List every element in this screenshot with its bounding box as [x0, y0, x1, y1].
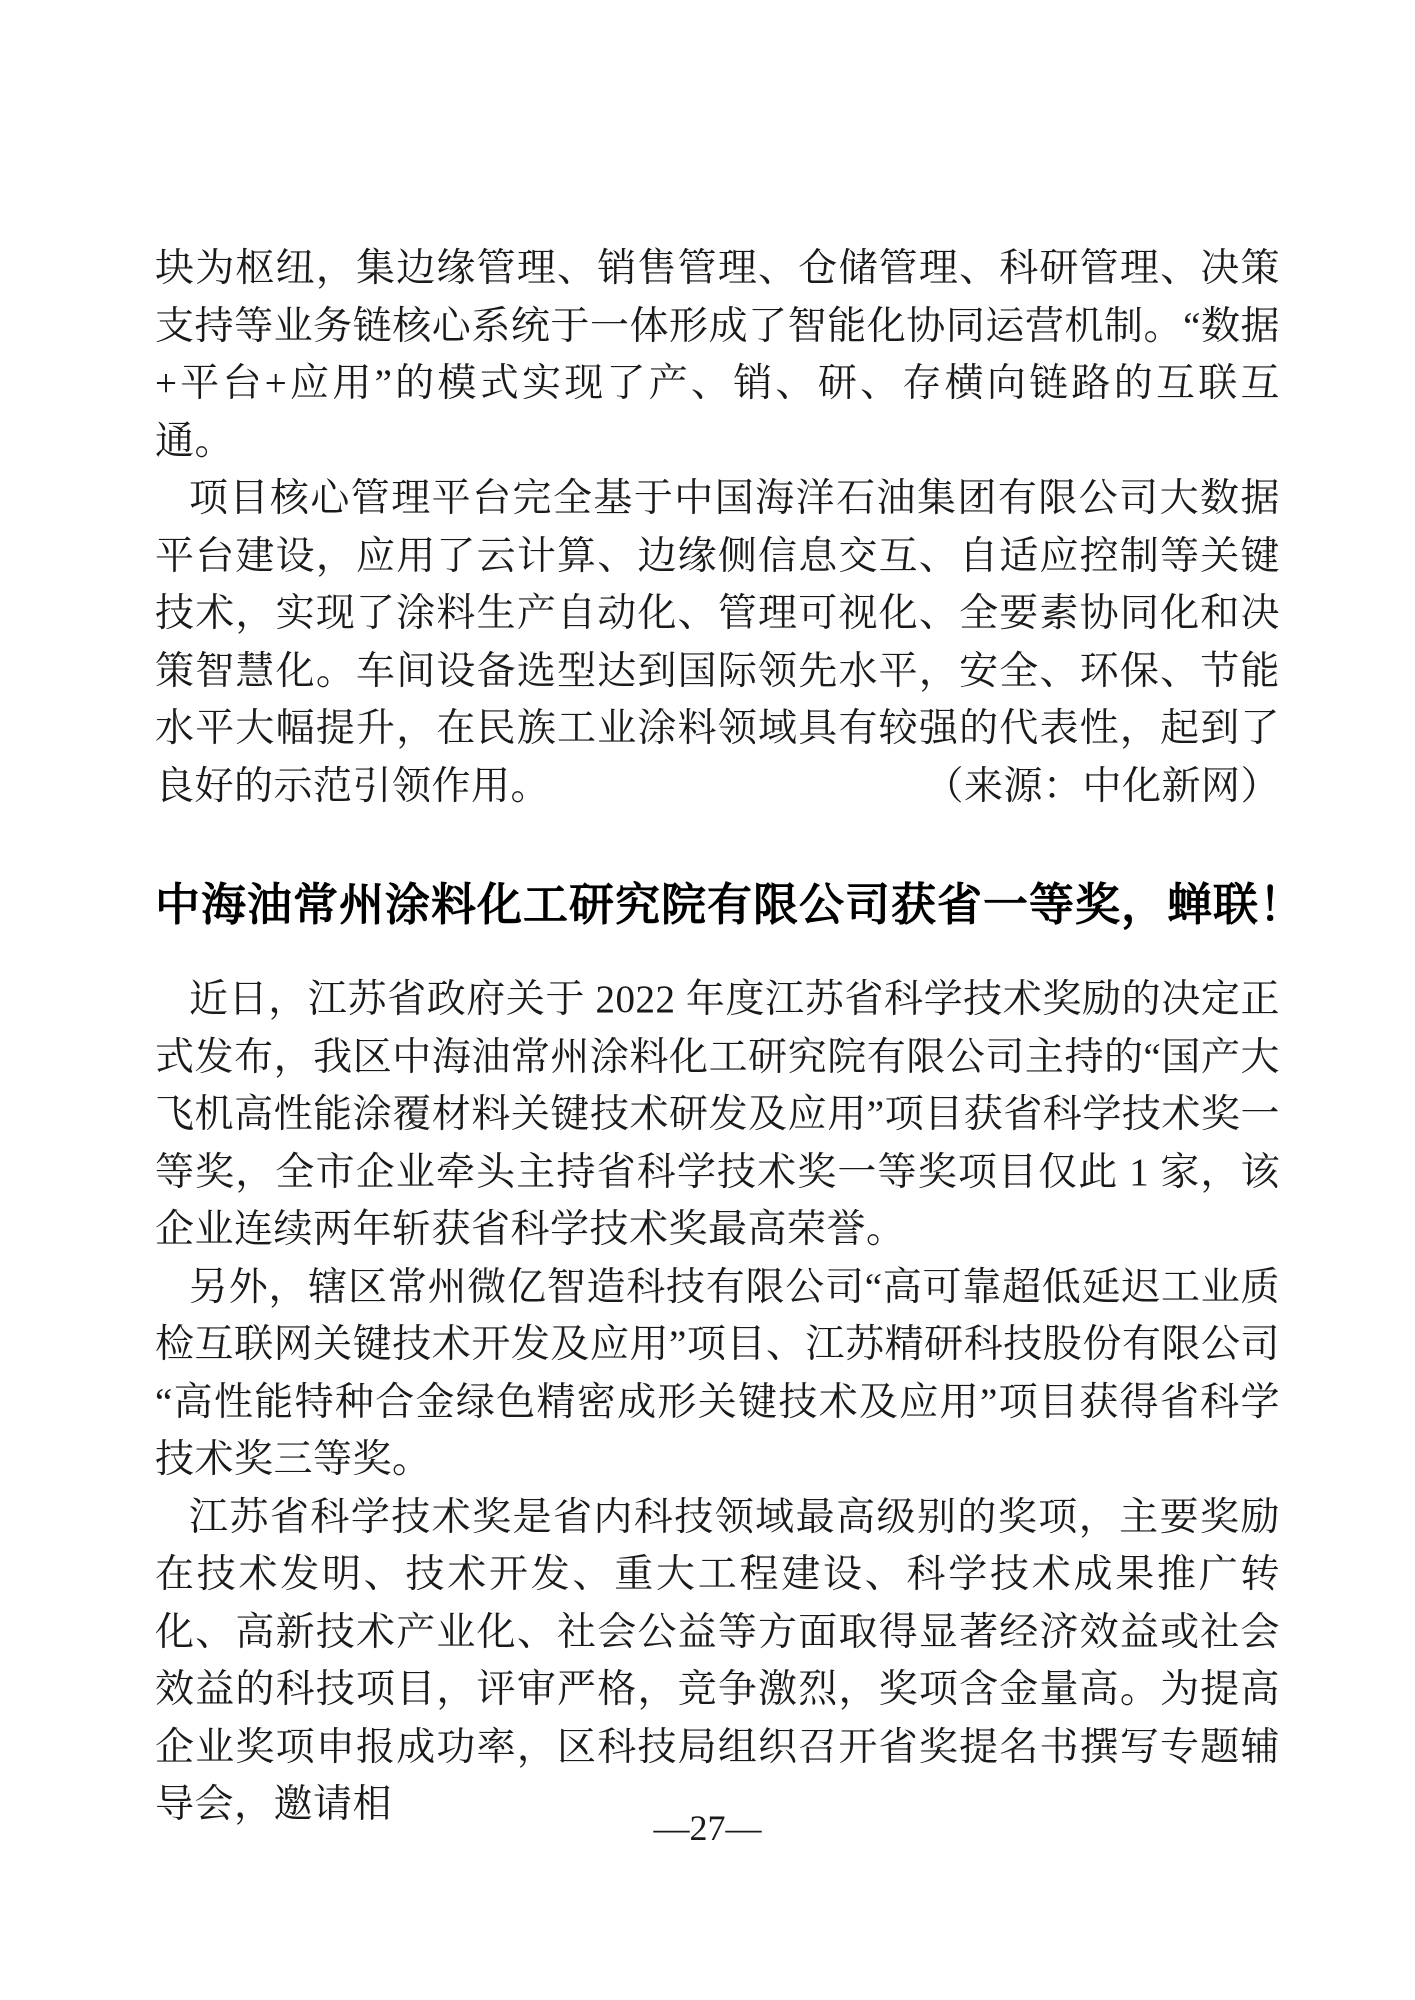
- paragraph-text: 江苏省科学技术奖是省内科技领域最高级别的奖项，主要奖励在技术发明、技术开发、重大…: [155, 1496, 1280, 1827]
- paragraph: 另外，辖区常州微亿智造科技有限公司“高可靠超低延迟工业质检互联网关键技术开发及应…: [155, 1259, 1280, 1489]
- paragraph: 项目核心管理平台完全基于中国海洋石油集团有限公司大数据平台建设，应用了云计算、边…: [155, 470, 1280, 815]
- document-page: 块为枢纽，集边缘管理、销售管理、仓储管理、科研管理、决策支持等业务链核心系统于一…: [0, 0, 1415, 2000]
- source-attribution: （来源：中化新网）: [924, 758, 1280, 816]
- article-title: 中海油常州涂料化工研究院有限公司获省一等奖，蝉联！: [155, 873, 1280, 937]
- paragraph-text: 近日，江苏省政府关于 2022 年度江苏省科学技术奖励的决定正式发布，我区中海油…: [155, 978, 1280, 1251]
- page-content: 块为枢纽，集边缘管理、销售管理、仓储管理、科研管理、决策支持等业务链核心系统于一…: [0, 0, 1415, 1834]
- paragraph-text: 块为枢纽，集边缘管理、销售管理、仓储管理、科研管理、决策支持等业务链核心系统于一…: [155, 247, 1280, 463]
- paragraph: 近日，江苏省政府关于 2022 年度江苏省科学技术奖励的决定正式发布，我区中海油…: [155, 971, 1280, 1259]
- page-number: —27—: [0, 1808, 1415, 1848]
- paragraph: 江苏省科学技术奖是省内科技领域最高级别的奖项，主要奖励在技术发明、技术开发、重大…: [155, 1489, 1280, 1834]
- paragraph: 块为枢纽，集边缘管理、销售管理、仓储管理、科研管理、决策支持等业务链核心系统于一…: [155, 240, 1280, 470]
- paragraph-text: 另外，辖区常州微亿智造科技有限公司“高可靠超低延迟工业质检互联网关键技术开发及应…: [155, 1266, 1280, 1482]
